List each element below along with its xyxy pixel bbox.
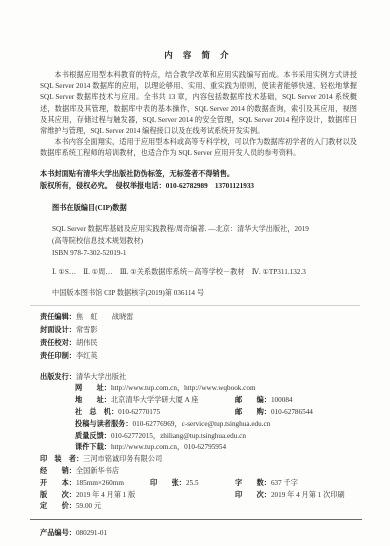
staff-label: 责任印制： (40, 352, 76, 360)
divider-dark (30, 519, 362, 520)
staff-value: 常雪影 (76, 326, 98, 334)
impression-spec: 印 次：2019 年 4 月第 1 次印刷 (235, 490, 357, 502)
anti-counterfeit-notice: 本书封面贴有清华大学出版社防伪标签，无标签者不得销售。 (40, 168, 357, 180)
publisher-block: 出版发行：清华大学出版社 网 址：http://www.tup.com.cn，h… (40, 372, 357, 478)
quality-feedback-value: 010-62772015，zhiliang@tup.tsinghua.edu.c… (111, 432, 246, 440)
copyright-page: 内 容 简 介 本书根据应用型本科教育的特点，结合教学改革和应用实践编写而成。本… (0, 0, 390, 546)
mail-order-value: 010-62786544 (271, 408, 313, 416)
printer-value: 三河市铭诚印务有限公司 (83, 455, 162, 463)
website-value: http://www.tup.com.cn，http://www.wqbook.… (111, 384, 256, 392)
price-value: 59.00 元 (76, 502, 101, 510)
format-spec: 开 本：185mm×260mm (40, 478, 150, 490)
distributor-row: 经 销：全国新华书店 (40, 466, 357, 478)
staff-value: 焦 虹 战晓雷 (76, 313, 134, 321)
address-value: 北京清华大学学研大厦 A 座 (111, 396, 198, 404)
staff-row-print-supervisor: 责任印制：李红英 (40, 350, 357, 363)
switchboard-value: 010-62770175 (118, 408, 160, 416)
cip-classification-line: Ⅰ. ①S… Ⅱ. ①周… Ⅲ. ①关系数据库系统－高等学校－教材 Ⅳ. ①TP… (52, 266, 357, 278)
impression-value: 2019 年 4 月第 1 次印刷 (271, 491, 345, 499)
switchboard-label: 社 总 机： (75, 408, 118, 416)
printer-row: 印 装 者：三河市铭诚印务有限公司 (40, 454, 357, 466)
staff-row-proofreader: 责任校对：胡伟民 (40, 337, 357, 350)
courseware-download-label: 课件下载： (75, 443, 111, 451)
publisher-value: 清华大学出版社 (76, 373, 126, 381)
impression-label: 印 次： (235, 491, 271, 499)
sheets-value: 25.5 (186, 479, 199, 487)
spacer-cell (235, 501, 357, 513)
website-row: 网 址：http://www.tup.com.cn，http://www.wqb… (40, 383, 357, 395)
edition-spec: 版 次：2019 年 4 月第 1 版 (40, 490, 235, 502)
mail-order-label: 邮 购： (235, 408, 271, 416)
staff-label: 责任校对： (40, 339, 76, 347)
reader-service-label: 投稿与读者服务： (75, 420, 133, 428)
summary-paragraph-2: 本书内容全面翔实，适用于应用型本科或高等专科学校，可以作为数据库初学者的入门教材… (40, 137, 357, 159)
edition-value: 2019 年 4 月第 1 版 (76, 491, 135, 499)
printer-label: 印 装 者： (40, 455, 83, 463)
courseware-download-value: http://www.tup.com.cn，010-62795954 (111, 443, 226, 451)
price-label: 定 价： (40, 502, 76, 510)
staff-label: 责任编辑： (40, 313, 76, 321)
cip-block: 图书在版编目(CIP)数据 SQL Server 数据库基础及应用实践教程/周奇… (40, 203, 357, 299)
format-value: 185mm×260mm (76, 479, 124, 487)
cip-title-line: SQL Server 数据库基础及应用实践教程/周奇编著. —北京：清华大学出版… (52, 223, 357, 235)
price-spec: 定 价：59.00 元 (40, 501, 235, 513)
staff-value: 胡伟民 (76, 339, 98, 347)
cip-isbn: ISBN 978-7-302-52019-1 (52, 247, 357, 259)
address-row: 地 址：北京清华大学学研大厦 A 座 邮 编：100084 (40, 395, 357, 407)
quality-feedback-label: 质量反馈： (75, 432, 111, 440)
staff-block: 责任编辑：焦 虹 战晓雷 封面设计：常雪影 责任校对：胡伟民 责任印制：李红英 (40, 311, 357, 363)
staff-value: 李红英 (76, 352, 98, 360)
mail-order-group: 邮 购：010-62786544 (235, 407, 313, 419)
reader-service-row: 投稿与读者服务：010-62776969，c-service@tup.tsing… (40, 419, 357, 431)
switchboard-row: 社 总 机：010-62770175 邮 购：010-62786544 (40, 407, 357, 419)
sheets-label: 印 张： (150, 479, 186, 487)
website-label: 网 址： (75, 384, 111, 392)
copyright-notice: 版权所有，侵权必究。 侵权举报电话：010-62782989 137011219… (40, 180, 357, 192)
staff-label: 封面设计： (40, 326, 76, 334)
format-label: 开 本： (40, 479, 76, 487)
staff-row-editor: 责任编辑：焦 虹 战晓雷 (40, 311, 357, 324)
cip-series-line: (高等院校信息技术规划教材) (52, 235, 357, 247)
postcode-group: 邮 编：100084 (235, 395, 293, 407)
cip-record-number: 中国版本图书馆 CIP 数据核字(2019)第 036114 号 (52, 287, 357, 299)
product-number-label: 产品编号： (40, 529, 76, 537)
wordcount-spec: 字 数：637 千字 (235, 478, 357, 490)
courseware-download-row: 课件下载：http://www.tup.com.cn，010-62795954 (40, 442, 357, 454)
postcode-label: 邮 编： (235, 396, 271, 404)
sheets-spec: 印 张：25.5 (150, 478, 235, 490)
distributor-value: 全国新华书店 (76, 467, 119, 475)
quality-feedback-row: 质量反馈：010-62772015，zhiliang@tup.tsinghua.… (40, 431, 357, 443)
distributor-label: 经 销： (40, 467, 76, 475)
summary-title: 内 容 简 介 (40, 50, 357, 61)
postcode-value: 100084 (271, 396, 293, 404)
reader-service-value: 010-62776969，c-service@tup.tsinghua.edu.… (133, 420, 271, 428)
wordcount-label: 字 数： (235, 479, 271, 487)
summary-paragraph-1: 本书根据应用型本科教育的特点，结合教学改革和应用实践编写而成。本书采用实例方式讲… (40, 70, 357, 137)
publisher-row: 出版发行：清华大学出版社 (40, 372, 357, 384)
address-label: 地 址： (75, 396, 111, 404)
specs-block: 开 本：185mm×260mm 印 张：25.5 字 数：637 千字 版 次：… (40, 478, 357, 513)
edition-label: 版 次： (40, 491, 76, 499)
spacer (40, 160, 357, 168)
product-number-row: 产品编号：080291-01 (40, 527, 357, 539)
product-number-value: 080291-01 (76, 529, 107, 537)
staff-row-cover-design: 封面设计：常雪影 (40, 324, 357, 337)
divider-light (30, 305, 360, 306)
publisher-label: 出版发行： (40, 373, 76, 381)
wordcount-value: 637 千字 (271, 479, 298, 487)
cip-heading: 图书在版编目(CIP)数据 (52, 203, 357, 214)
